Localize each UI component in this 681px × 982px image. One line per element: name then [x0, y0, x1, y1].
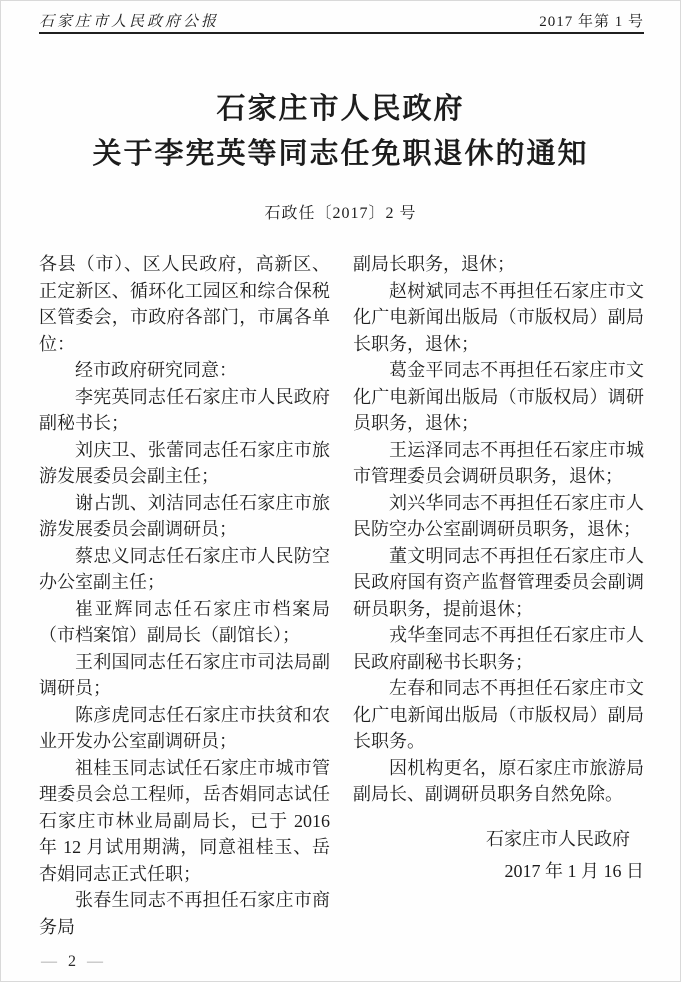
paragraph: 左春和同志不再担任石家庄市文化广电新闻出版局（市版权局）副局长职务。	[353, 675, 644, 755]
paragraph: 崔亚辉同志任石家庄市档案局（市档案馆）副局长（副馆长）；	[39, 596, 330, 649]
paragraph: 戎华奎同志不再担任石家庄市人民政府副秘书长职务；	[353, 622, 644, 675]
paragraph: 赵树斌同志不再担任石家庄市文化广电新闻出版局（市版权局）副局长职务，退休；	[353, 278, 644, 358]
paragraph: 刘庆卫、张蕾同志任石家庄市旅游发展委员会副主任；	[39, 437, 330, 490]
masthead-rule	[39, 32, 644, 34]
paragraph: 李宪英同志任石家庄市人民政府副秘书长；	[39, 384, 330, 437]
signature-date: 2017 年 1 月 16 日	[353, 855, 644, 887]
document-title: 石家庄市人民政府 关于李宪英等同志任免职退休的通知	[1, 87, 680, 177]
document-number: 石政任〔2017〕2 号	[1, 200, 680, 223]
masthead: 石家庄市人民政府公报 2017 年第 1 号	[39, 10, 644, 31]
body-columns: 各县（市）、区人民政府，高新区、正定新区、循环化工园区和综合保税区管委会，市政府…	[39, 251, 644, 940]
paragraph: 陈彦虎同志任石家庄市扶贫和农业开发办公室副调研员；	[39, 702, 330, 755]
gazette-page: 石家庄市人民政府公报 2017 年第 1 号 石家庄市人民政府 关于李宪英等同志…	[0, 0, 681, 982]
paragraph: 谢占凯、刘洁同志任石家庄市旅游发展委员会副调研员；	[39, 490, 330, 543]
page-number: 2	[68, 953, 76, 971]
left-column: 各县（市）、区人民政府，高新区、正定新区、循环化工园区和综合保税区管委会，市政府…	[39, 251, 330, 940]
paragraph-continuation: 副局长职务，退休；	[353, 251, 644, 278]
paragraph: 王利国同志任石家庄市司法局副调研员；	[39, 649, 330, 702]
paragraph: 刘兴华同志不再担任石家庄市人民防空办公室副调研员职务，退休；	[353, 490, 644, 543]
signature-block: 石家庄市人民政府 2017 年 1 月 16 日	[353, 823, 644, 887]
paragraph-addressees: 各县（市）、区人民政府，高新区、正定新区、循环化工园区和综合保税区管委会，市政府…	[39, 251, 330, 357]
signature-issuer: 石家庄市人民政府	[353, 823, 644, 855]
issue-number: 2017 年第 1 号	[539, 10, 644, 31]
footer-dash-left: —	[41, 953, 57, 971]
publication-name: 石家庄市人民政府公报	[39, 10, 219, 31]
page-footer: — 2 —	[41, 953, 103, 971]
paragraph: 张春生同志不再担任石家庄市商务局	[39, 887, 330, 940]
right-column: 副局长职务，退休； 赵树斌同志不再担任石家庄市文化广电新闻出版局（市版权局）副局…	[353, 251, 644, 940]
paragraph: 蔡忠义同志任石家庄市人民防空办公室副主任；	[39, 543, 330, 596]
paragraph: 祖桂玉同志试任石家庄市城市管理委员会总工程师，岳杏娟同志试任石家庄市林业局副局长…	[39, 755, 330, 888]
footer-dash-right: —	[87, 953, 103, 971]
paragraph: 葛金平同志不再担任石家庄市文化广电新闻出版局（市版权局）调研员职务，退休；	[353, 357, 644, 437]
paragraph: 经市政府研究同意：	[39, 357, 330, 384]
document-title-line1: 石家庄市人民政府	[1, 87, 680, 132]
paragraph: 因机构更名，原石家庄市旅游局副局长、副调研员职务自然免除。	[353, 755, 644, 808]
document-title-line2: 关于李宪英等同志任免职退休的通知	[1, 132, 680, 177]
paragraph: 董文明同志不再担任石家庄市人民政府国有资产监督管理委员会副调研员职务，提前退休；	[353, 543, 644, 623]
paragraph: 王运泽同志不再担任石家庄市城市管理委员会调研员职务，退休；	[353, 437, 644, 490]
